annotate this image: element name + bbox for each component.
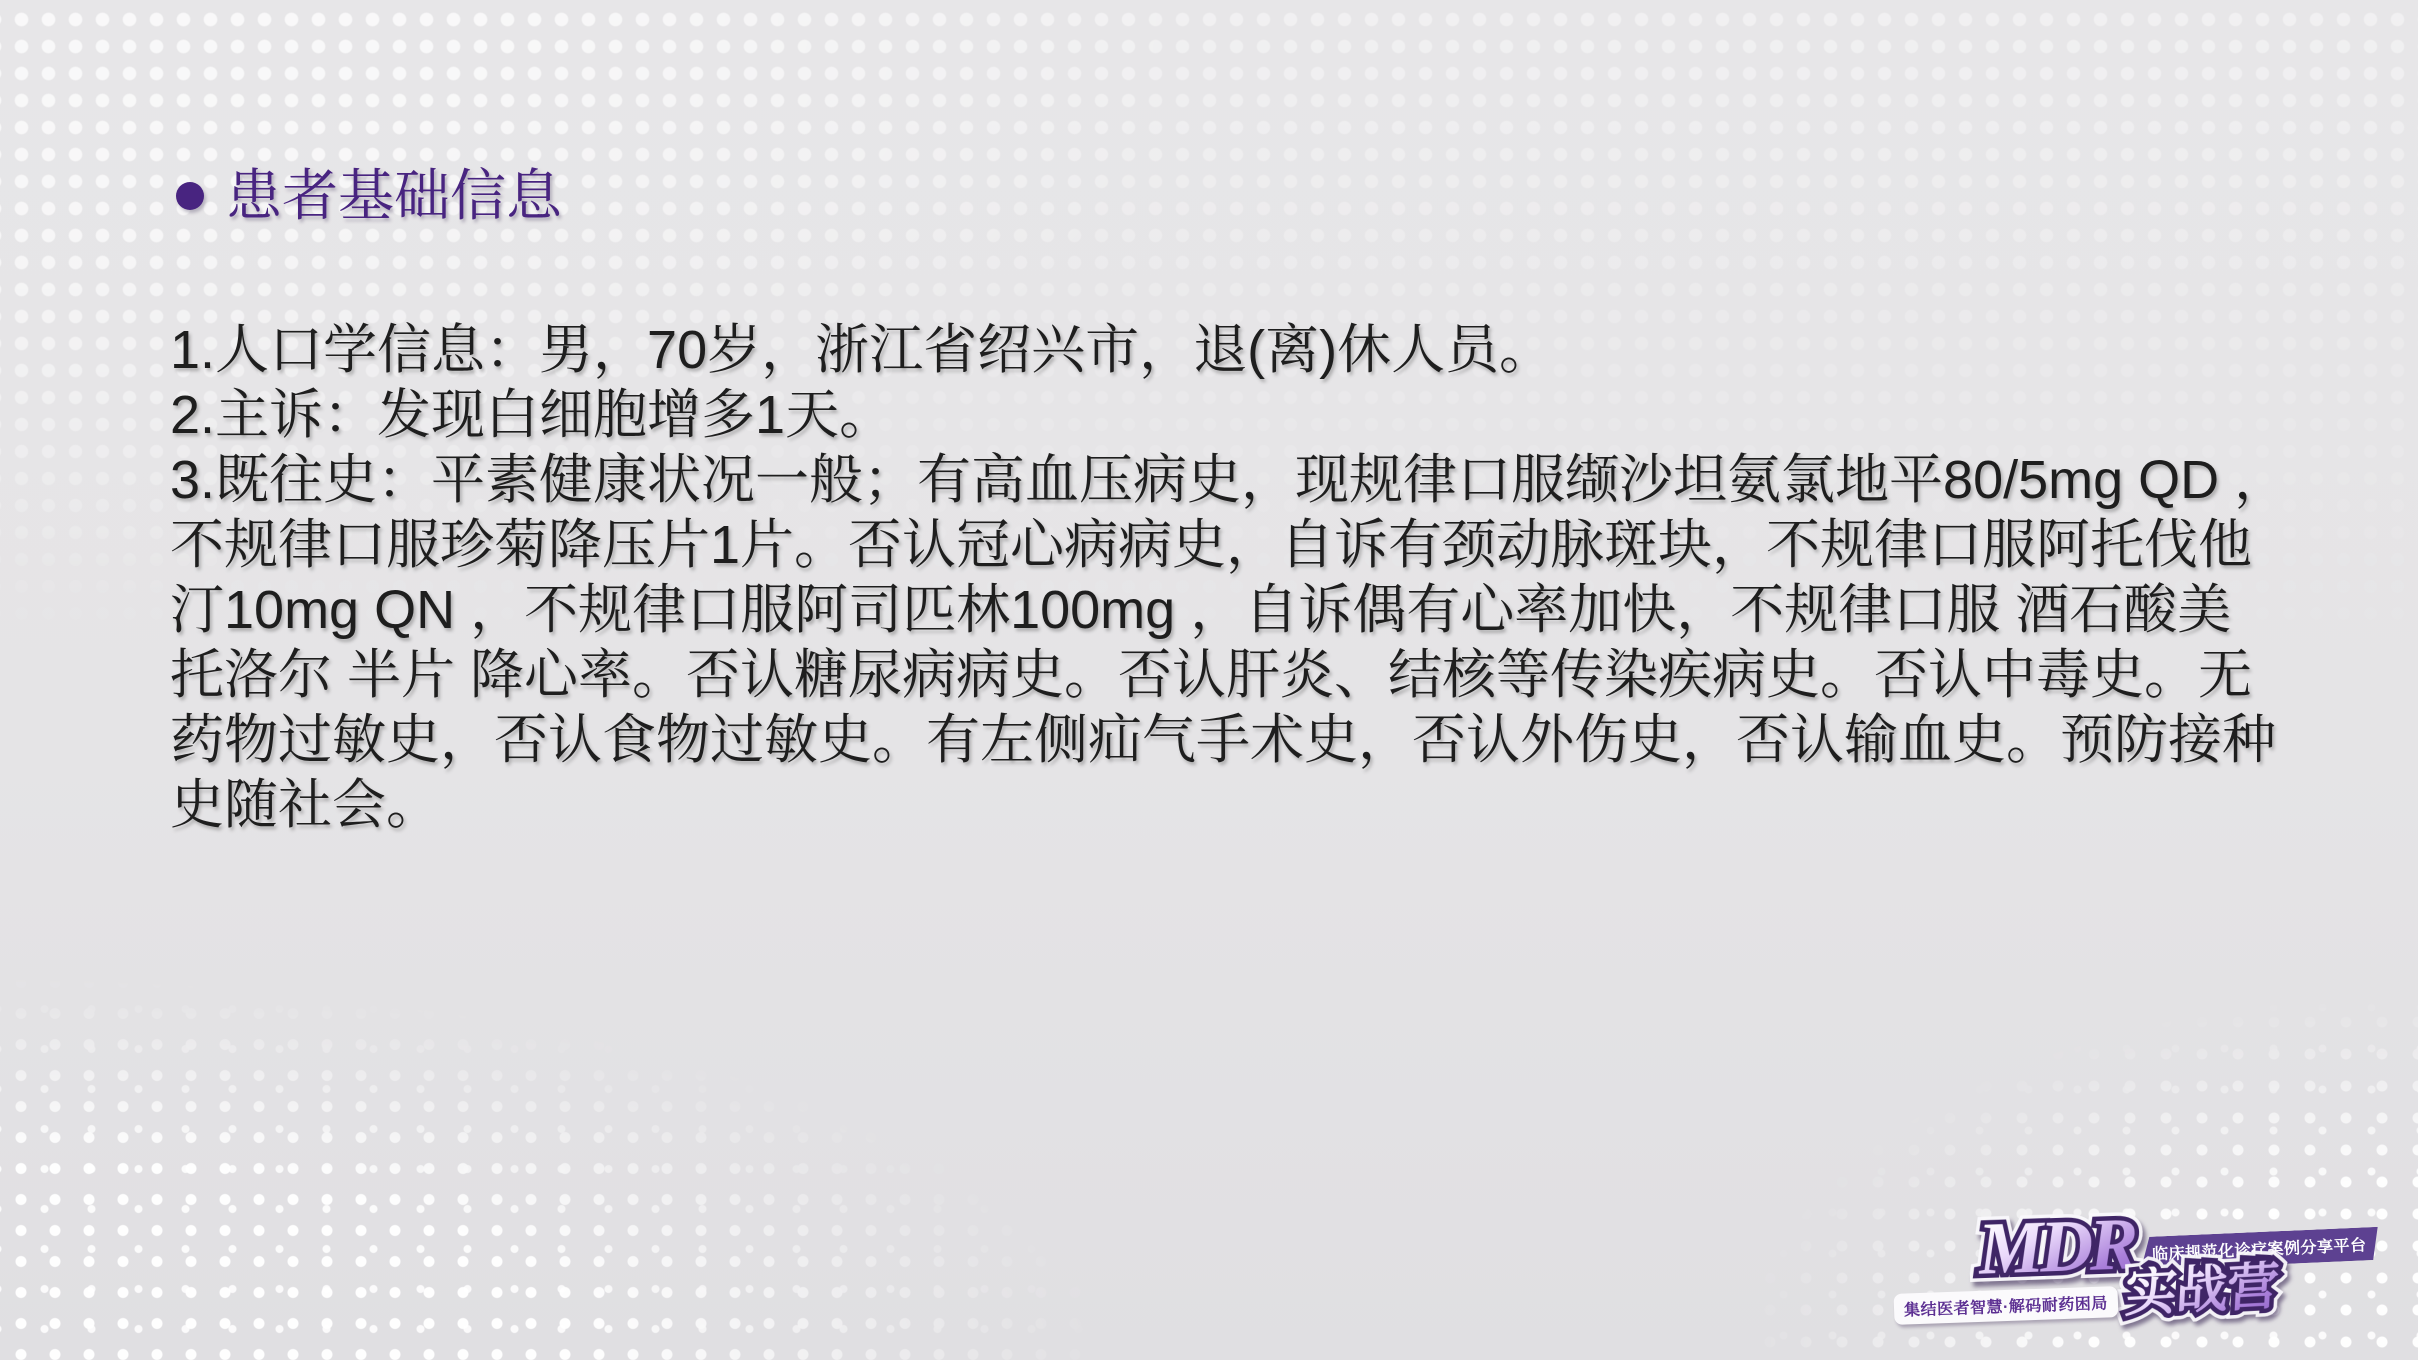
text-line: 史随社会。 bbox=[170, 773, 2320, 838]
slide: 患者基础信息 1.人口学信息：男，70岁，浙江省绍兴市，退(离)休人员。 2.主… bbox=[0, 0, 2418, 1360]
mdr-logo: MDR MDR MDR 临床规范化诊疗案例分享平台 实战营 实战营 实战营 集结… bbox=[1878, 1200, 2378, 1360]
circle-bullet-icon bbox=[176, 182, 204, 210]
logo-slogan-ribbon: 集结医者智慧·解码耐药困局 bbox=[1894, 1286, 2119, 1325]
logo-slogan-text: 集结医者智慧·解码耐药困局 bbox=[1904, 1295, 2108, 1319]
slide-heading: 患者基础信息 bbox=[176, 168, 562, 224]
text-line: 1.人口学信息：男，70岁，浙江省绍兴市，退(离)休人员。 bbox=[170, 318, 2320, 383]
mdr-camp-text: 实战营 实战营 实战营 bbox=[2124, 1260, 2280, 1320]
patient-info-text: 1.人口学信息：男，70岁，浙江省绍兴市，退(离)休人员。 2.主诉：发现白细胞… bbox=[170, 318, 2320, 838]
text-line: 不规律口服珍菊降压片1片。否认冠心病病史，自诉有颈动脉斑块，不规律口服阿托伐他 bbox=[170, 513, 2320, 578]
text-line: 托洛尔 半片 降心率。否认糖尿病病史。否认肝炎、结核等传染疾病史。否认中毒史。无 bbox=[170, 643, 2320, 708]
text-line: 2.主诉：发现白细胞增多1天。 bbox=[170, 383, 2320, 448]
text-line: 汀10mg QN ，不规律口服阿司匹林100mg ，自诉偶有心率加快，不规律口服… bbox=[170, 578, 2320, 643]
text-line: 药物过敏史，否认食物过敏史。有左侧疝气手术史，否认外伤史，否认输血史。预防接种 bbox=[170, 708, 2320, 773]
dot-pattern-bottom-left bbox=[0, 930, 1400, 1360]
mdr-brand-text: MDR MDR MDR bbox=[1977, 1207, 2136, 1286]
text-line: 3.既往史：平素健康状况一般；有高血压病史，现规律口服缬沙坦氨氯地平80/5mg… bbox=[170, 448, 2320, 513]
page-title: 患者基础信息 bbox=[226, 168, 562, 224]
